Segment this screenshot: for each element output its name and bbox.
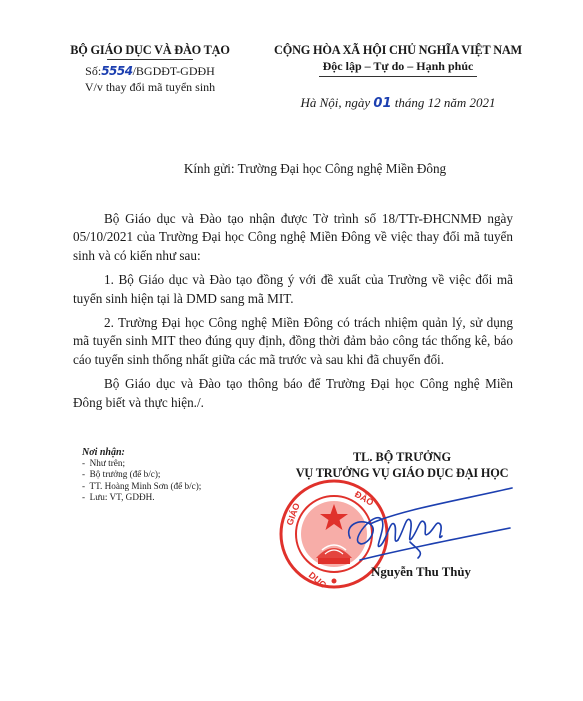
signatory-title-2: VỤ TRƯỞNG VỤ GIÁO DỤC ĐẠI HỌC — [262, 466, 542, 481]
document-number: Số:5554/BGDĐT-GDĐH — [60, 64, 240, 79]
document-subject: V/v thay đổi mã tuyển sinh — [60, 80, 240, 95]
recipient-item: TT. Hoàng Minh Sơn (để b/c); — [82, 481, 201, 492]
document-number-prefix: Số: — [85, 64, 101, 78]
place-date-prefix: Hà Nội, ngày — [300, 95, 373, 110]
body-paragraph: Bộ Giáo dục và Đào tạo thông báo để Trườ… — [73, 375, 513, 412]
recipient-item: Như trên; — [82, 458, 201, 469]
day-handwritten: 01 — [373, 96, 391, 111]
place-date: Hà Nội, ngày 01 tháng 12 năm 2021 — [252, 95, 544, 111]
national-header: CỘNG HÒA XÃ HỘI CHỦ NGHĨA VIỆT NAM Độc l… — [252, 43, 544, 111]
signer-name: Nguyễn Thu Thủy — [262, 565, 542, 580]
document-number-suffix: /BGDĐT-GDĐH — [133, 64, 215, 78]
salutation: Kính gửi: Trường Đại học Công nghệ Miền … — [60, 161, 540, 177]
nation-name: CỘNG HÒA XÃ HỘI CHỦ NGHĨA VIỆT NAM — [252, 43, 544, 58]
document-number-handwritten: 5554 — [101, 64, 132, 78]
recipient-item: Bộ trưởng (để b/c); — [82, 469, 201, 480]
svg-text:GIÁO: GIÁO — [284, 502, 301, 527]
signature-icon — [340, 480, 520, 570]
national-motto: Độc lập – Tự do – Hạnh phúc — [252, 59, 544, 74]
place-date-suffix: tháng 12 năm 2021 — [392, 95, 496, 110]
body-paragraph: 2. Trường Đại học Công nghệ Miền Đông có… — [73, 314, 513, 369]
body-paragraph: Bộ Giáo dục và Đào tạo nhận được Tờ trìn… — [73, 210, 513, 265]
recipients-list: Như trên; Bộ trưởng (để b/c); TT. Hoàng … — [82, 458, 201, 503]
letter-body: Bộ Giáo dục và Đào tạo nhận được Tờ trìn… — [73, 210, 513, 418]
recipients-block: Nơi nhận: Như trên; Bộ trưởng (để b/c); … — [82, 447, 201, 503]
issuer-underline — [107, 59, 193, 60]
signatory-title-1: TL. BỘ TRƯỞNG — [262, 450, 542, 465]
body-paragraph: 1. Bộ Giáo dục và Đào tạo đồng ý với đề … — [73, 271, 513, 308]
motto-underline — [319, 76, 477, 77]
recipient-item: Lưu: VT, GDĐH. — [82, 492, 201, 503]
recipients-title: Nơi nhận: — [82, 447, 201, 458]
issuer-block: BỘ GIÁO DỤC VÀ ĐÀO TẠO Số:5554/BGDĐT-GDĐ… — [60, 43, 240, 95]
issuer-name: BỘ GIÁO DỤC VÀ ĐÀO TẠO — [60, 43, 240, 58]
